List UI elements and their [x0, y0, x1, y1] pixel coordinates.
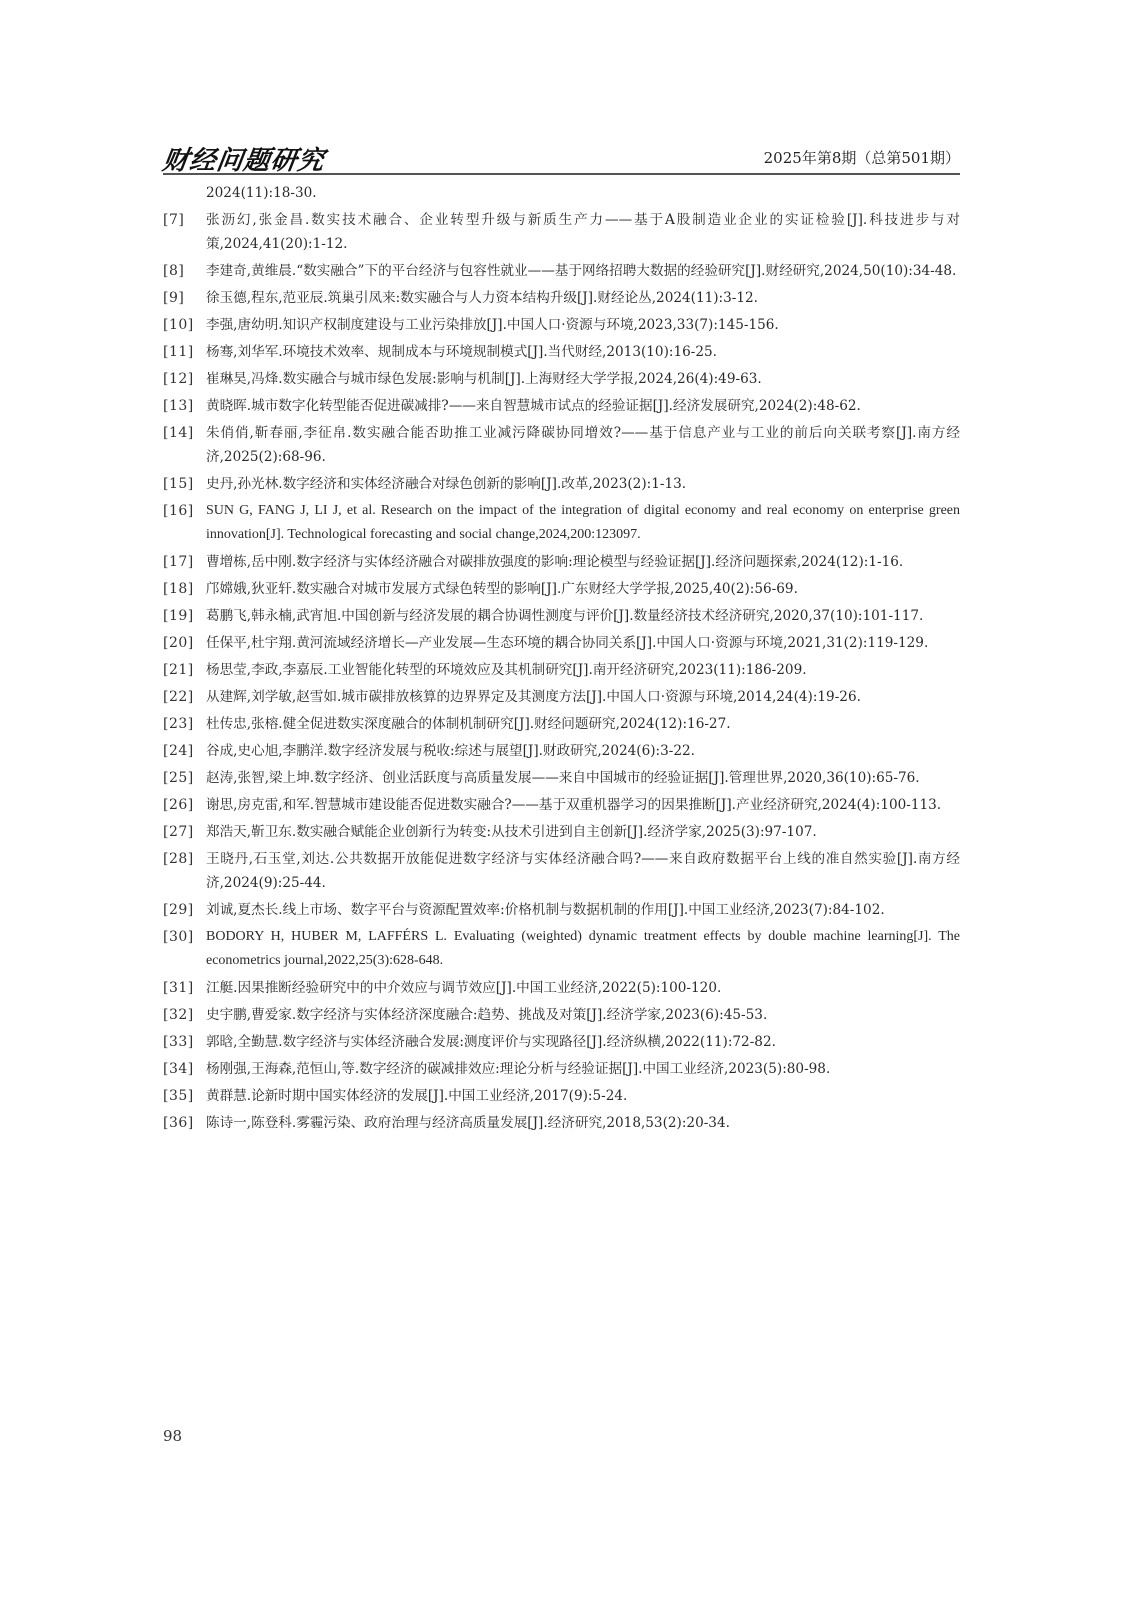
- reference-number: [20]: [163, 631, 194, 655]
- reference-text: 史丹,孙光林.数字经济和实体经济融合对绿色创新的影响[J].改革,2023(2)…: [206, 472, 960, 496]
- reference-item: [23]杜传忠,张榕.健全促进数实深度融合的体制机制研究[J].财经问题研究,2…: [163, 712, 960, 736]
- header-divider: [163, 173, 960, 175]
- reference-number: [11]: [163, 340, 194, 364]
- reference-number: [30]: [163, 925, 194, 949]
- reference-number: [21]: [163, 658, 194, 682]
- reference-item: [7]张沥幻,张金昌.数实技术融合、企业转型升级与新质生产力——基于A股制造业企…: [163, 208, 960, 256]
- reference-text: 黄群慧.论新时期中国实体经济的发展[J].中国工业经济,2017(9):5-24…: [206, 1084, 960, 1108]
- reference-item: [20]任保平,杜宇翔.黄河流域经济增长—产业发展—生态环境的耦合协同关系[J]…: [163, 631, 960, 655]
- reference-number: [10]: [163, 313, 194, 337]
- reference-number: [26]: [163, 793, 194, 817]
- reference-text: SUN G, FANG J, LI J, et al. Research on …: [206, 499, 960, 547]
- reference-text: 郑浩天,靳卫东.数实融合赋能企业创新行为转变:从技术引进到自主创新[J].经济学…: [206, 820, 960, 844]
- reference-number: [14]: [163, 421, 194, 445]
- reference-text: 李建奇,黄维晨.“数实融合”下的平台经济与包容性就业——基于网络招聘大数据的经验…: [206, 259, 960, 283]
- reference-text: 史宇鹏,曹爱家.数字经济与实体经济深度融合:趋势、挑战及对策[J].经济学家,2…: [206, 1003, 960, 1027]
- reference-item: [13]黄晓晖.城市数字化转型能否促进碳减排?——来自智慧城市试点的经验证据[J…: [163, 394, 960, 418]
- reference-text: 刘诚,夏杰长.线上市场、数字平台与资源配置效率:价格机制与数据机制的作用[J].…: [206, 898, 960, 922]
- reference-number: [27]: [163, 820, 194, 844]
- reference-item: [33]郭晗,全勤慧.数字经济与实体经济融合发展:测度评价与实现路径[J].经济…: [163, 1030, 960, 1054]
- reference-item: [9]徐玉德,程东,范亚辰.筑巢引凤来:数实融合与人力资本结构升级[J].财经论…: [163, 286, 960, 310]
- reference-number: [36]: [163, 1111, 194, 1135]
- reference-text: 杨思莹,李政,李嘉辰.工业智能化转型的环境效应及其机制研究[J].南开经济研究,…: [206, 658, 960, 682]
- reference-text: 曹增栋,岳中刚.数字经济与实体经济融合对碳排放强度的影响:理论模型与经验证据[J…: [206, 550, 960, 574]
- reference-item: [24]谷成,史心旭,李鹏洋.数字经济发展与税收:综述与展望[J].财政研究,2…: [163, 739, 960, 763]
- reference-item: [14]朱俏俏,靳春丽,李征帛.数实融合能否助推工业减污降碳协同增效?——基于信…: [163, 421, 960, 469]
- reference-item: [26]谢思,房克雷,和军.智慧城市建设能否促进数实融合?——基于双重机器学习的…: [163, 793, 960, 817]
- reference-number: [22]: [163, 685, 194, 709]
- reference-number: [33]: [163, 1030, 194, 1054]
- reference-number: [35]: [163, 1084, 194, 1108]
- reference-item: 2024(11):18-30.: [163, 181, 960, 205]
- reference-number: [25]: [163, 766, 194, 790]
- reference-item: [17]曹增栋,岳中刚.数字经济与实体经济融合对碳排放强度的影响:理论模型与经验…: [163, 550, 960, 574]
- reference-text: 杜传忠,张榕.健全促进数实深度融合的体制机制研究[J].财经问题研究,2024(…: [206, 712, 960, 736]
- reference-item: [16]SUN G, FANG J, LI J, et al. Research…: [163, 499, 960, 547]
- reference-text: 王晓丹,石玉堂,刘达.公共数据开放能促进数字经济与实体经济融合吗?——来自政府数…: [206, 847, 960, 895]
- reference-item: [11]杨骞,刘华军.环境技术效率、规制成本与环境规制模式[J].当代财经,20…: [163, 340, 960, 364]
- reference-text: 朱俏俏,靳春丽,李征帛.数实融合能否助推工业减污降碳协同增效?——基于信息产业与…: [206, 421, 960, 469]
- reference-item: [31]江艇.因果推断经验研究中的中介效应与调节效应[J].中国工业经济,202…: [163, 976, 960, 1000]
- reference-text: 从建辉,刘学敏,赵雪如.城市碳排放核算的边界界定及其测度方法[J].中国人口·资…: [206, 685, 960, 709]
- reference-item: [18]邝嫦娥,狄亚轩.数实融合对城市发展方式绿色转型的影响[J].广东财经大学…: [163, 577, 960, 601]
- reference-number: [34]: [163, 1057, 194, 1081]
- reference-text: 郭晗,全勤慧.数字经济与实体经济融合发展:测度评价与实现路径[J].经济纵横,2…: [206, 1030, 960, 1054]
- reference-item: [8]李建奇,黄维晨.“数实融合”下的平台经济与包容性就业——基于网络招聘大数据…: [163, 259, 960, 283]
- reference-text: 陈诗一,陈登科.雾霾污染、政府治理与经济高质量发展[J].经济研究,2018,5…: [206, 1111, 960, 1135]
- reference-item: [21]杨思莹,李政,李嘉辰.工业智能化转型的环境效应及其机制研究[J].南开经…: [163, 658, 960, 682]
- reference-list: 2024(11):18-30.[7]张沥幻,张金昌.数实技术融合、企业转型升级与…: [163, 181, 960, 1138]
- reference-text: BODORY H, HUBER M, LAFFÉRS L. Evaluating…: [206, 925, 960, 973]
- reference-number: [15]: [163, 472, 194, 496]
- reference-number: [9]: [163, 286, 184, 310]
- reference-text: 葛鹏飞,韩永楠,武宵旭.中国创新与经济发展的耦合协调性测度与评价[J].数量经济…: [206, 604, 960, 628]
- reference-number: [16]: [163, 499, 194, 523]
- reference-item: [29]刘诚,夏杰长.线上市场、数字平台与资源配置效率:价格机制与数据机制的作用…: [163, 898, 960, 922]
- reference-text: 张沥幻,张金昌.数实技术融合、企业转型升级与新质生产力——基于A股制造业企业的实…: [206, 208, 960, 256]
- reference-number: [32]: [163, 1003, 194, 1027]
- reference-number: [29]: [163, 898, 194, 922]
- reference-item: [15]史丹,孙光林.数字经济和实体经济融合对绿色创新的影响[J].改革,202…: [163, 472, 960, 496]
- reference-text: 任保平,杜宇翔.黄河流域经济增长—产业发展—生态环境的耦合协同关系[J].中国人…: [206, 631, 960, 655]
- issue-label: 2025年第8期（总第501期）: [764, 147, 960, 168]
- reference-number: [8]: [163, 259, 184, 283]
- reference-item: [35]黄群慧.论新时期中国实体经济的发展[J].中国工业经济,2017(9):…: [163, 1084, 960, 1108]
- reference-item: [36]陈诗一,陈登科.雾霾污染、政府治理与经济高质量发展[J].经济研究,20…: [163, 1111, 960, 1135]
- page-number: 98: [163, 1427, 182, 1445]
- reference-item: [32]史宇鹏,曹爱家.数字经济与实体经济深度融合:趋势、挑战及对策[J].经济…: [163, 1003, 960, 1027]
- reference-item: [22]从建辉,刘学敏,赵雪如.城市碳排放核算的边界界定及其测度方法[J].中国…: [163, 685, 960, 709]
- reference-item: [10]李强,唐幼明.知识产权制度建设与工业污染排放[J].中国人口·资源与环境…: [163, 313, 960, 337]
- reference-text: 崔琳昊,冯烽.数实融合与城市绿色发展:影响与机制[J].上海财经大学学报,202…: [206, 367, 960, 391]
- reference-number: [17]: [163, 550, 194, 574]
- reference-text: 李强,唐幼明.知识产权制度建设与工业污染排放[J].中国人口·资源与环境,202…: [206, 313, 960, 337]
- reference-item: [27]郑浩天,靳卫东.数实融合赋能企业创新行为转变:从技术引进到自主创新[J]…: [163, 820, 960, 844]
- reference-number: [23]: [163, 712, 194, 736]
- reference-item: [19]葛鹏飞,韩永楠,武宵旭.中国创新与经济发展的耦合协调性测度与评价[J].…: [163, 604, 960, 628]
- reference-number: [31]: [163, 976, 194, 1000]
- reference-text: 黄晓晖.城市数字化转型能否促进碳减排?——来自智慧城市试点的经验证据[J].经济…: [206, 394, 960, 418]
- reference-text: 徐玉德,程东,范亚辰.筑巢引凤来:数实融合与人力资本结构升级[J].财经论丛,2…: [206, 286, 960, 310]
- reference-item: [34]杨刚强,王海森,范恒山,等.数字经济的碳减排效应:理论分析与经验证据[J…: [163, 1057, 960, 1081]
- reference-text: 谢思,房克雷,和军.智慧城市建设能否促进数实融合?——基于双重机器学习的因果推断…: [206, 793, 960, 817]
- reference-text: 2024(11):18-30.: [206, 181, 960, 205]
- reference-number: [28]: [163, 847, 194, 871]
- reference-number: [19]: [163, 604, 194, 628]
- reference-number: [24]: [163, 739, 194, 763]
- reference-number: [13]: [163, 394, 194, 418]
- reference-number: [7]: [163, 208, 184, 232]
- reference-item: [25]赵涛,张智,梁上坤.数字经济、创业活跃度与高质量发展——来自中国城市的经…: [163, 766, 960, 790]
- reference-item: [12]崔琳昊,冯烽.数实融合与城市绿色发展:影响与机制[J].上海财经大学学报…: [163, 367, 960, 391]
- journal-logo: 财经问题研究: [160, 140, 327, 177]
- reference-item: [28]王晓丹,石玉堂,刘达.公共数据开放能促进数字经济与实体经济融合吗?——来…: [163, 847, 960, 895]
- reference-text: 赵涛,张智,梁上坤.数字经济、创业活跃度与高质量发展——来自中国城市的经验证据[…: [206, 766, 960, 790]
- reference-text: 邝嫦娥,狄亚轩.数实融合对城市发展方式绿色转型的影响[J].广东财经大学学报,2…: [206, 577, 960, 601]
- running-header: 财经问题研究 2025年第8期（总第501期）: [163, 140, 960, 176]
- reference-item: [30]BODORY H, HUBER M, LAFFÉRS L. Evalua…: [163, 925, 960, 973]
- reference-number: [12]: [163, 367, 194, 391]
- reference-number: [18]: [163, 577, 194, 601]
- reference-text: 杨骞,刘华军.环境技术效率、规制成本与环境规制模式[J].当代财经,2013(1…: [206, 340, 960, 364]
- reference-text: 谷成,史心旭,李鹏洋.数字经济发展与税收:综述与展望[J].财政研究,2024(…: [206, 739, 960, 763]
- reference-text: 江艇.因果推断经验研究中的中介效应与调节效应[J].中国工业经济,2022(5)…: [206, 976, 960, 1000]
- reference-text: 杨刚强,王海森,范恒山,等.数字经济的碳减排效应:理论分析与经验证据[J].中国…: [206, 1057, 960, 1081]
